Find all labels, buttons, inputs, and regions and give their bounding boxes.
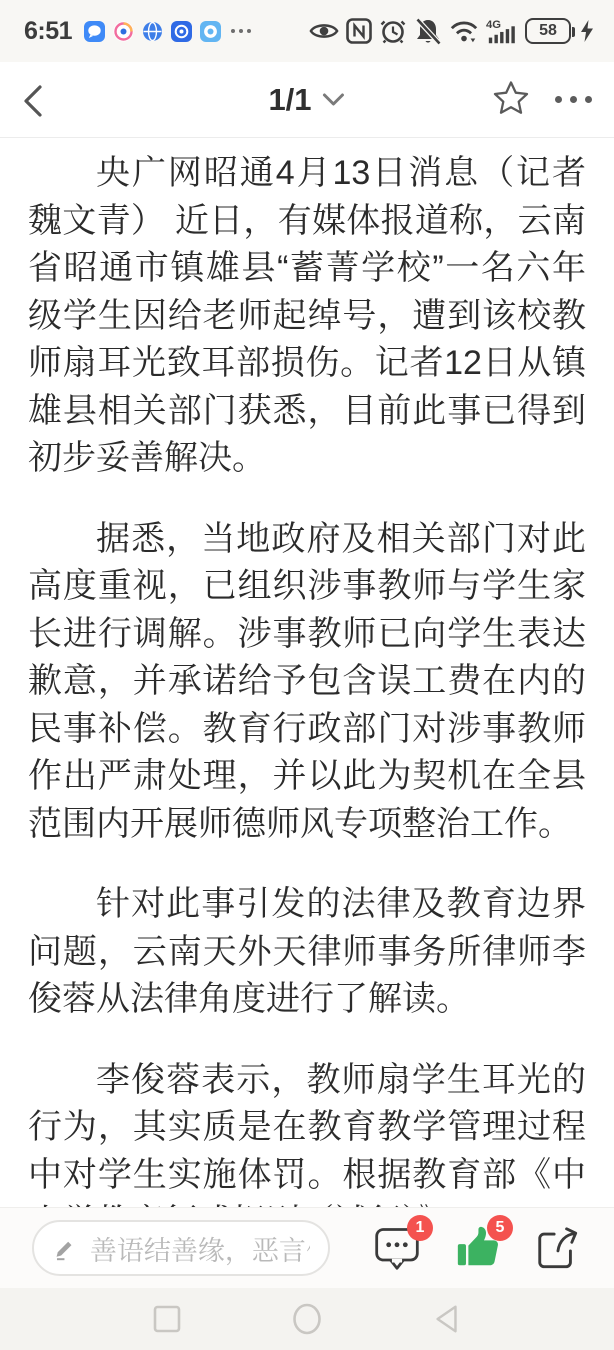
like-badge: 5 [487, 1215, 513, 1241]
favorite-button[interactable] [493, 80, 529, 120]
wifi-icon [449, 18, 479, 44]
article-paragraph: 央广网昭通4月13日消息（记者 魏文青） 近日，有媒体报道称，云南省昭通市镇雄县… [28, 150, 586, 483]
article-content[interactable]: 央广网昭通4月13日消息（记者 魏文青） 近日，有媒体报道称，云南省昭通市镇雄县… [0, 138, 614, 1207]
more-ellipsis-icon [585, 96, 592, 103]
recents-square-icon [152, 1304, 182, 1334]
mute-icon [414, 17, 442, 45]
back-button[interactable] [20, 82, 52, 120]
back-nav-button[interactable] [427, 1299, 467, 1339]
lightblue-app-icon [200, 21, 221, 42]
status-bar: 6:51 4G 58 [0, 0, 614, 62]
like-button[interactable]: 5 [452, 1222, 502, 1274]
camera-app-icon [113, 21, 134, 42]
phone-screen: 6:51 4G 58 1/1 [0, 0, 614, 1350]
blue-app-icon [171, 21, 192, 42]
recents-button[interactable] [147, 1299, 187, 1339]
svg-text:4G: 4G [486, 19, 501, 31]
comment-bar-actions: 1 5 [372, 1222, 582, 1274]
back-triangle-icon [431, 1303, 463, 1335]
more-options-button[interactable] [555, 90, 592, 109]
comment-placeholder: 善语结善缘，恶言伤... [90, 1229, 310, 1268]
comment-bar: 善语结善缘，恶言伤... 1 5 [0, 1207, 614, 1288]
signal-icon: 4G [486, 17, 518, 45]
comments-button[interactable]: 1 [372, 1222, 422, 1274]
star-icon [493, 80, 529, 115]
charging-bolt-icon [580, 19, 594, 43]
chat-app-icon [84, 21, 105, 42]
toolbar-right [493, 80, 592, 120]
home-button[interactable] [287, 1299, 327, 1339]
more-ellipsis-icon [555, 96, 562, 103]
article-paragraph: 据悉，当地政府及相关部门对此高度重视，已组织涉事教师与学生家长进行调解。涉事教师… [28, 516, 586, 849]
status-time: 6:51 [24, 17, 72, 46]
eye-protection-icon [309, 20, 339, 42]
reader-toolbar: 1/1 [0, 62, 614, 138]
share-button[interactable] [532, 1222, 582, 1274]
more-notifications-dots [231, 29, 251, 33]
nfc-icon [346, 18, 372, 44]
battery-level: 58 [539, 22, 557, 40]
page-indicator-dropdown[interactable]: 1/1 [268, 82, 345, 118]
battery-icon: 58 [525, 18, 571, 44]
chevron-down-icon [322, 92, 346, 108]
home-circle-icon [290, 1302, 324, 1336]
comment-input[interactable]: 善语结善缘，恶言伤... [32, 1220, 330, 1276]
android-navigation-bar [0, 1288, 614, 1350]
more-ellipsis-icon [570, 96, 577, 103]
back-chevron-icon [20, 82, 46, 120]
share-icon [534, 1225, 580, 1271]
article-paragraph: 针对此事引发的法律及教育边界问题，云南天外天律师事务所律师李俊蓉从法律角度进行了… [28, 881, 586, 1024]
pencil-icon [52, 1233, 77, 1263]
article-paragraph: 李俊蓉表示，教师扇学生耳光的行为，其实质是在教育教学管理过程中对学生实施体罚。根… [28, 1057, 586, 1208]
status-bar-right: 4G 58 [309, 17, 594, 45]
comments-badge: 1 [407, 1215, 433, 1241]
globe-app-icon [142, 21, 163, 42]
alarm-icon [379, 17, 407, 45]
status-bar-left: 6:51 [24, 17, 251, 46]
page-indicator: 1/1 [268, 82, 311, 118]
